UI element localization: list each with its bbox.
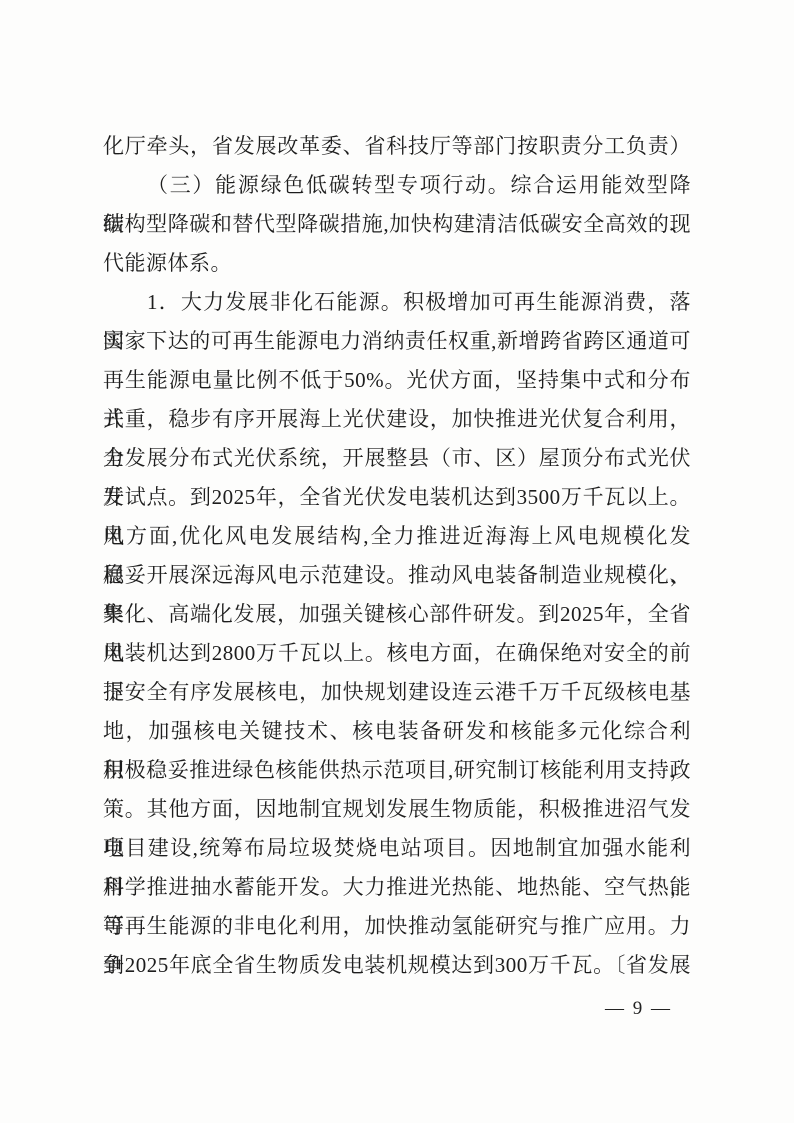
text-line: 发试点。到2025年，全省光伏发电装机达到3500万千瓦以上。风 <box>103 478 691 517</box>
text-line: 策。其他方面，因地制宜规划发展生物质能，积极推进沼气发电 <box>103 790 691 829</box>
paragraph-end-line: 代能源体系。 <box>103 244 691 283</box>
document-page: 化厅牵头，省发展改革委、省科技厅等部门按职责分工负责） （三）能源绿色低碳转型专… <box>0 0 794 1123</box>
paragraph-tail-line: 化厅牵头，省发展改革委、省科技厅等部门按职责分工负责） <box>103 127 691 166</box>
text-line: 聚化、高端化发展，加强关键核心部件研发。到2025年，全省风 <box>103 595 691 634</box>
text-line: 下安全有序发展核电，加快规划建设连云港千万千瓦级核电基 <box>103 673 691 712</box>
text-line: 国家下达的可再生能源电力消纳责任权重,新增跨省跨区通道可 <box>103 322 691 361</box>
text-line: 稳妥开展深远海风电示范建设。推动风电装备制造业规模化、集 <box>103 556 691 595</box>
item-1-heading-line: 1．大力发展非化石能源。积极增加可再生能源消费，落实 <box>103 283 691 322</box>
text-line: 电装机达到2800万千瓦以上。核电方面，在确保绝对安全的前提 <box>103 634 691 673</box>
document-body: 化厅牵头，省发展改革委、省科技厅等部门按职责分工负责） （三）能源绿色低碳转型专… <box>103 127 691 985</box>
text-line: 科学推进抽水蓄能开发。大力推进光热能、地热能、空气热能等 <box>103 868 691 907</box>
text-line: 可再生能源的非电化利用，加快推动氢能研究与推广应用。力争 <box>103 907 691 946</box>
text-line: 再生能源电量比例不低于50%。光伏方面，坚持集中式和分布式 <box>103 361 691 400</box>
text-line: 积极稳妥推进绿色核能供热示范项目,研究制订核能利用支持政 <box>103 751 691 790</box>
text-line: 地，加强核电关键技术、核电装备研发和核能多元化综合利用， <box>103 712 691 751</box>
text-line: 并重，稳步有序开展海上光伏建设，加快推进光伏复合利用，全 <box>103 400 691 439</box>
page-number: — 9 — <box>605 997 672 1021</box>
text-line: 到2025年底全省生物质发电装机规模达到300万千瓦。〔省发展 <box>103 946 691 985</box>
text-line: 力发展分布式光伏系统，开展整县（市、区）屋顶分布式光伏开 <box>103 439 691 478</box>
text-line: 电方面,优化风电发展结构,全力推进近海海上风电规模化发展， <box>103 517 691 556</box>
text-line: 项目建设,统筹布局垃圾焚烧电站项目。因地制宜加强水能利用， <box>103 829 691 868</box>
section-heading-line: （三）能源绿色低碳转型专项行动。综合运用能效型降碳、 <box>103 166 691 205</box>
text-line: 结构型降碳和替代型降碳措施,加快构建清洁低碳安全高效的现 <box>103 205 691 244</box>
